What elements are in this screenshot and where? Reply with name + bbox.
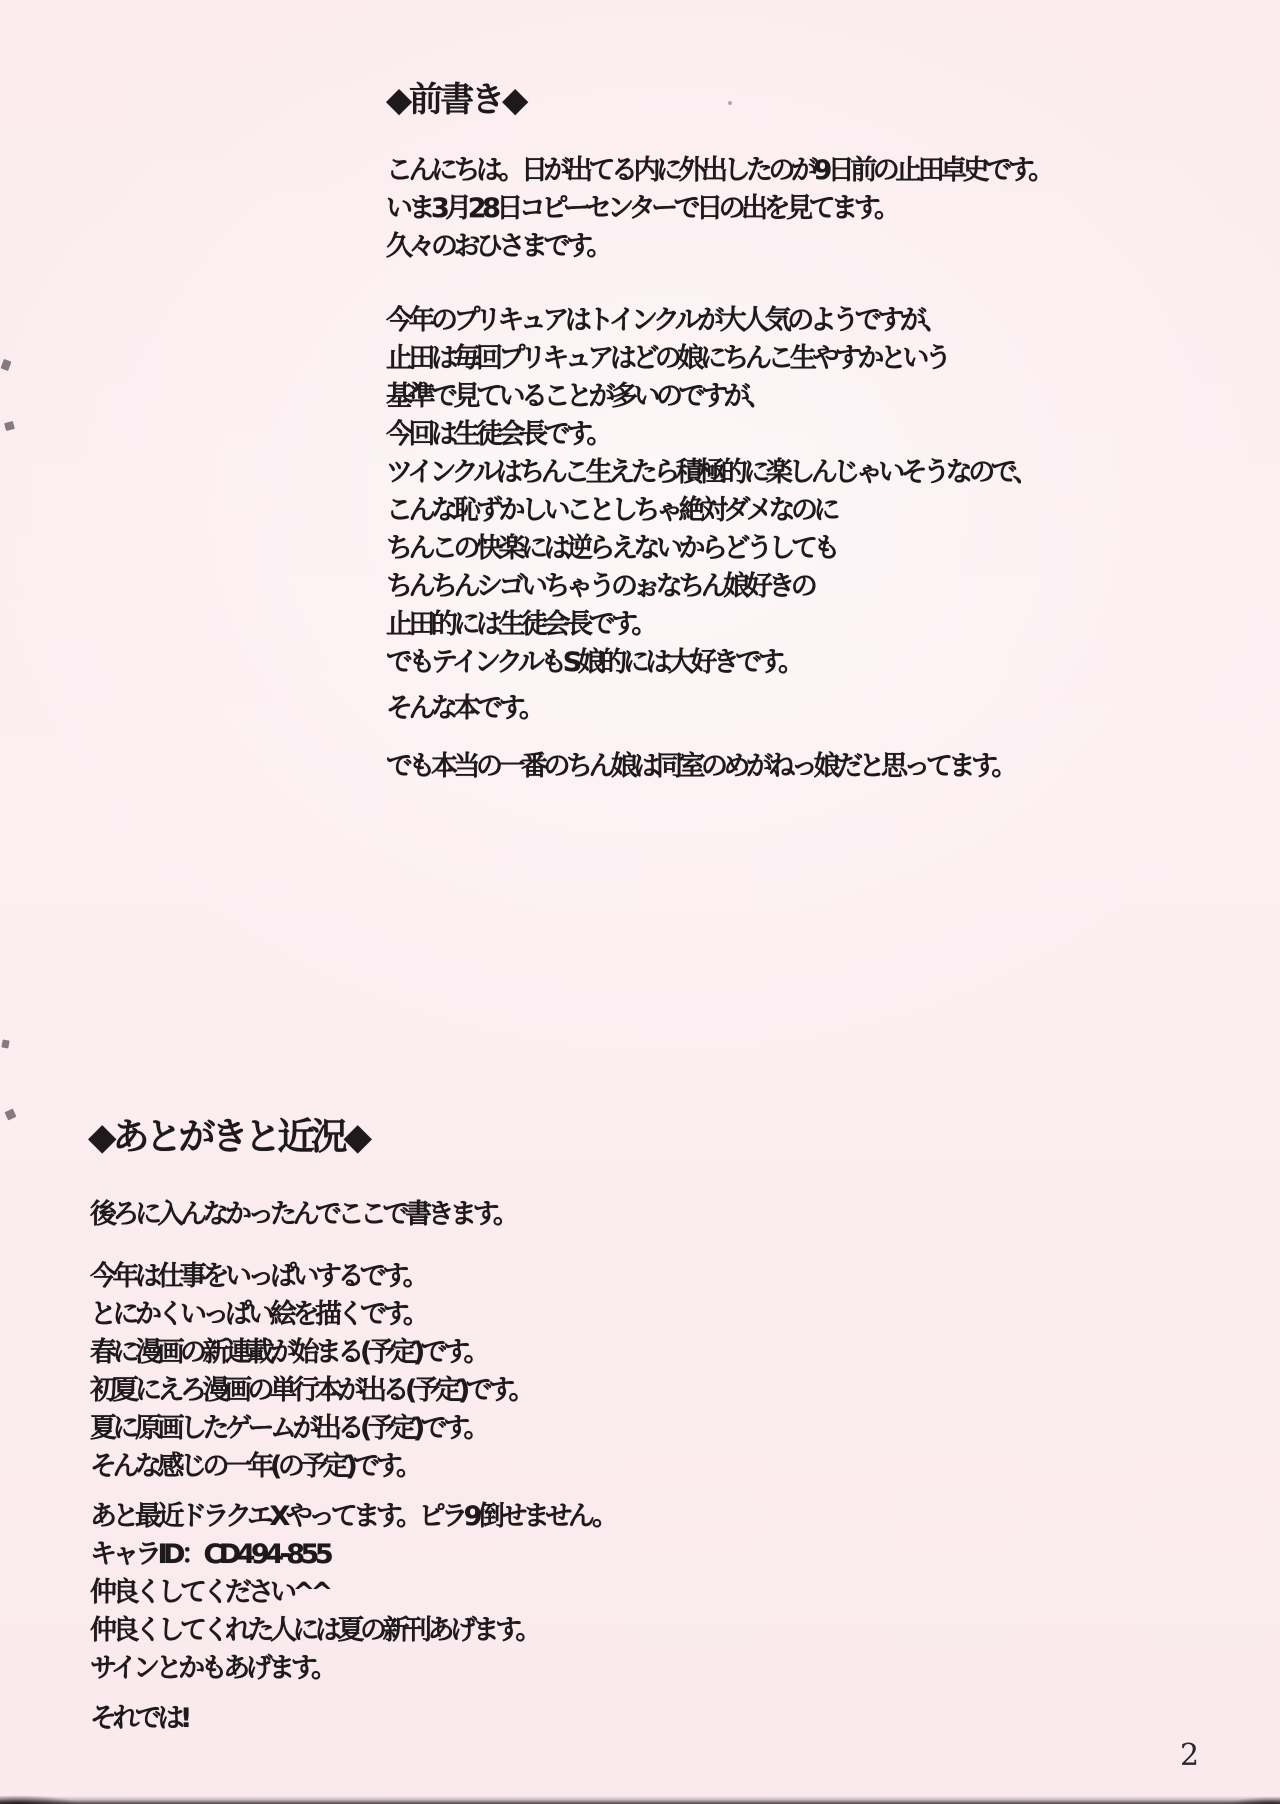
text-line: 仲良くしてください^^: [90, 1574, 615, 1612]
text-line: こんにちは。日が出てる内に外出したのが9日前の止田卓史です。: [386, 152, 1051, 190]
text-line: あと最近ドラクエXやってます。ピラ9倒せません。: [90, 1498, 615, 1536]
preface-paragraph-3: そんな本です。: [386, 690, 541, 728]
preface-paragraph-1: こんにちは。日が出てる内に外出したのが9日前の止田卓史です。いま3月28日コピー…: [386, 152, 1051, 266]
text-line: いま3月28日コピーセンターで日の出を見てます。: [386, 190, 1051, 228]
text-line: 止田は毎回プリキュアはどの娘にちんこ生やすかという: [386, 340, 1035, 378]
scan-speck: [728, 101, 732, 105]
text-line: そんな感じの一年(の予定)です。: [90, 1448, 531, 1486]
preface-heading: ◆前書き◆: [386, 72, 525, 121]
text-line: それでは!: [90, 1700, 188, 1738]
scan-bottom-edge: [0, 1796, 1280, 1804]
scan-corner-smudge: [0, 1792, 90, 1804]
scan-corner-smudge: [1220, 1794, 1280, 1804]
scanned-doujinshi-page: { "page": { "number": "2", "background_c…: [0, 0, 1280, 1804]
afterword-heading: ◆あとがきと近況◆: [88, 1106, 368, 1160]
text-line: ちんこの快楽には逆らえないからどうしても: [386, 530, 1035, 568]
preface-paragraph-2: 今年のプリキュアはトインクルが大人気のようですが、止田は毎回プリキュアはどの娘に…: [386, 302, 1035, 682]
afterword-paragraph-1: 後ろに入んなかったんでここで書きます。: [90, 1196, 515, 1234]
text-line: 初夏にえろ漫画の単行本が出る(予定)です。: [90, 1372, 531, 1410]
page-number: 2: [1180, 1738, 1199, 1773]
text-line: そんな本です。: [386, 690, 541, 728]
afterword-paragraph-3: あと最近ドラクエXやってます。ピラ9倒せません。キャラID：CD494-855仲…: [90, 1498, 615, 1688]
text-line: 久々のおひさまです。: [386, 228, 1051, 266]
afterword-paragraph-4: それでは!: [90, 1700, 188, 1738]
text-line: 後ろに入んなかったんでここで書きます。: [90, 1196, 515, 1234]
text-line: 今回は生徒会長です。: [386, 416, 1035, 454]
text-line: ツインクルはちんこ生えたら積極的に楽しんじゃいそうなので、: [386, 454, 1035, 492]
text-line: 今年のプリキュアはトインクルが大人気のようですが、: [386, 302, 1035, 340]
text-line: ちんちんシゴいちゃうのぉなちん娘好きの: [386, 568, 1035, 606]
text-line: 夏に原画したゲームが出る(予定)です。: [90, 1410, 531, 1448]
text-line: 今年は仕事をいっぱいするです。: [90, 1258, 531, 1296]
text-line: 春に漫画の新連載が始まる(予定)です。: [90, 1334, 531, 1372]
preface-paragraph-4: でも本当の一番のちん娘は同室のめがねっ娘だと思ってます。: [386, 748, 1014, 786]
text-line: キャラID：CD494-855: [90, 1536, 615, 1574]
text-line: 止田的には生徒会長です。: [386, 606, 1035, 644]
text-line: 基準で見ていることが多いのですが、: [386, 378, 1035, 416]
text-line: とにかくいっぱい絵を描くです。: [90, 1296, 531, 1334]
scan-speck: [1, 1039, 9, 1048]
afterword-paragraph-2: 今年は仕事をいっぱいするです。とにかくいっぱい絵を描くです。春に漫画の新連載が始…: [90, 1258, 531, 1486]
text-line: サインとかもあげます。: [90, 1650, 615, 1688]
text-line: 仲良くしてくれた人には夏の新刊あげます。: [90, 1612, 615, 1650]
text-line: こんな恥ずかしいことしちゃ絶対ダメなのに: [386, 492, 1035, 530]
text-line: でも本当の一番のちん娘は同室のめがねっ娘だと思ってます。: [386, 748, 1014, 786]
text-line: でもテインクルもS娘的には大好きです。: [386, 644, 1035, 682]
